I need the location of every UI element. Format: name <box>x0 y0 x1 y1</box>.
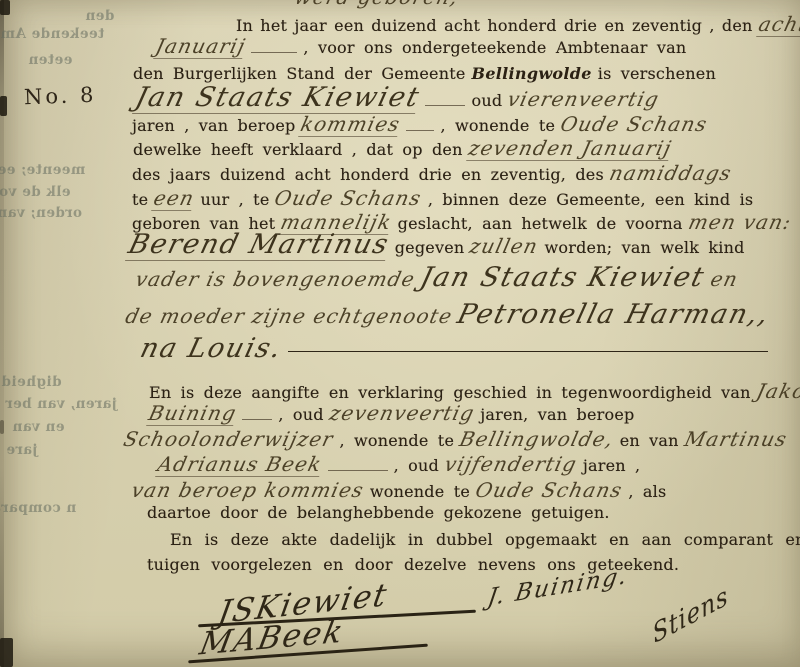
handwritten-text: vader is bovengenoemde <box>133 267 418 291</box>
blank-underline <box>251 38 297 53</box>
printed-text: Bellingwolde <box>472 64 592 83</box>
blank-underline <box>328 456 388 471</box>
printed-text: , oud <box>394 456 439 475</box>
printed-text: is verschenen <box>598 64 716 83</box>
printed-text: , wonende te <box>440 116 555 135</box>
printed-text: den Burgerlijken Stand der Gemeente <box>133 64 466 83</box>
handwritten-text: kommies <box>299 112 404 137</box>
doc-line: Jan Staats Kiewietoudvierenveertig <box>136 82 665 114</box>
ink-bleedthrough-text: den <box>85 8 114 24</box>
handwritten-text: en <box>708 267 741 291</box>
doc-line: daartoe door de belanghebbende gekozene … <box>147 503 616 522</box>
handwritten-text: Schoolonderwijzer <box>121 427 336 451</box>
printed-text: jaren , <box>583 456 641 475</box>
printed-text: , voor ons ondergeteekende Ambtenaar van <box>303 38 686 57</box>
handwritten-text: Jan Staats Kiewiet <box>417 262 708 293</box>
doc-line: En is deze akte dadelijk in dubbel opgem… <box>170 530 800 549</box>
doc-line: Januarij, voor ons ondergeteekende Ambte… <box>156 34 692 59</box>
printed-text: oud <box>471 91 502 110</box>
handwritten-text: zullen <box>468 234 542 258</box>
doc-line: werd geboren, <box>295 0 464 9</box>
ink-bleedthrough-text: orden; van welk k <box>0 205 82 221</box>
printed-text: In het jaar een duizend acht honderd dri… <box>236 16 753 35</box>
doc-line: van beroep kommieswonende teOude Schans,… <box>132 478 672 502</box>
handwritten-text: Adrianus Beek <box>155 452 324 477</box>
signature-registrar: Stiens <box>650 580 730 650</box>
printed-text: uur , te <box>200 190 269 209</box>
ink-bleedthrough-text: elk de voorna <box>0 184 71 200</box>
act-number: No. 8 <box>24 83 97 110</box>
handwritten-text: Buining <box>146 401 239 426</box>
handwritten-text: na Louis. <box>137 333 286 364</box>
handwritten-text: zevenden Januarij <box>466 136 674 161</box>
handwritten-text: een <box>151 186 197 211</box>
doc-line: teeenuur , teOude Schans, binnen deze Ge… <box>132 186 759 211</box>
doc-line: na Louis. <box>141 333 774 364</box>
handwritten-text: Oude Schans <box>473 478 625 502</box>
scan-artifact-mark <box>0 0 10 15</box>
handwritten-text: Bellingwolde, <box>457 427 616 451</box>
handwritten-text: Martinus <box>682 427 790 451</box>
printed-text: , oud <box>278 405 323 424</box>
scan-artifact-mark <box>0 96 7 116</box>
printed-text: gegeven <box>395 238 465 257</box>
handwritten-text: achtsten <box>756 12 800 37</box>
handwritten-text: Jan Staats Kiewiet <box>132 82 423 114</box>
printed-text: En is deze akte dadelijk in dubbel opgem… <box>170 530 800 549</box>
ink-bleedthrough-text: en van <box>12 419 65 435</box>
doc-line: dewelke heeft verklaard , dat op denzeve… <box>133 136 677 161</box>
doc-line: Berend Martinusgegevenzullenworden; van … <box>129 229 751 261</box>
scan-artifact-mark <box>0 638 13 667</box>
ink-bleedthrough-text: n comparant en <box>0 500 76 516</box>
printed-text: dewelke heeft verklaard , dat op den <box>133 140 463 159</box>
handwritten-text: Oude Schans <box>558 112 710 136</box>
handwritten-text: Oude Schans <box>273 186 425 210</box>
printed-text: jaren , van beroep <box>132 116 295 135</box>
handwritten-text: zevenveertig <box>327 401 477 425</box>
handwritten-text: van beroep kommies <box>129 478 366 502</box>
doc-line: Buining, oudzevenveertigjaren, van beroe… <box>149 401 640 426</box>
printed-text: te <box>132 190 148 209</box>
handwritten-text: Petronella Harman,, <box>455 299 774 330</box>
handwritten-text: de moeder zijne echtgenoote <box>123 304 455 328</box>
blank-underline <box>425 91 465 106</box>
handwritten-text: namiddags <box>607 161 734 185</box>
doc-line: Adrianus Beek, oudvijfendertigjaren , <box>158 452 646 477</box>
blank-underline <box>406 116 434 131</box>
printed-text: , wonende te <box>339 431 454 450</box>
doc-line: den Burgerlijken Stand der GemeenteBelli… <box>133 64 722 83</box>
doc-line: En is deze aangifte en verklaring geschi… <box>149 379 800 403</box>
printed-text: En is deze aangifte en verklaring geschi… <box>149 383 751 402</box>
blank-underline <box>242 405 272 420</box>
handwritten-text: Jakob <box>754 379 800 403</box>
fill-rule-line <box>288 351 768 352</box>
handwritten-text: Januarij <box>153 34 248 59</box>
printed-text: worden; van welk kind <box>545 238 745 257</box>
ink-bleedthrough-text: digheid van <box>0 374 62 390</box>
printed-text: wonende te <box>370 482 470 501</box>
printed-text: jaren, van beroep <box>480 405 634 424</box>
doc-line: des jaars duizend acht honderd drie en z… <box>132 161 737 185</box>
ink-bleedthrough-text: teekende Ambtenaar <box>0 26 104 42</box>
printed-text: daartoe door de belanghebbende gekozene … <box>147 503 610 522</box>
printed-text: des jaars duizend acht honderd drie en z… <box>132 165 604 184</box>
ink-bleedthrough-text: jare <box>6 442 37 458</box>
printed-text: , als <box>628 482 666 501</box>
handwritten-text: vijfendertig <box>442 452 579 476</box>
handwritten-text: Berend Martinus <box>125 229 393 261</box>
handwritten-text: werd geboren, <box>292 0 461 9</box>
printed-text: , binnen deze Gemeente, een kind is <box>428 190 754 209</box>
printed-text: en van <box>620 431 679 450</box>
ink-bleedthrough-text: meente; een kind <box>0 162 85 178</box>
handwritten-text: vierenveertig <box>505 87 662 111</box>
doc-line: vader is bovengenoemdeJan Staats Kiewiet… <box>136 262 744 293</box>
scan-artifact-mark <box>0 420 4 434</box>
doc-line: de moeder zijne echtgenootePetronella Ha… <box>126 299 776 330</box>
doc-line: Schoolonderwijzer, wonende teBellingwold… <box>124 427 793 451</box>
ink-bleedthrough-text: eeten <box>28 52 72 68</box>
ink-bleedthrough-text: jaren, van ber <box>5 396 117 412</box>
birth-certificate-page: No. 8 werd geboren,In het jaar een duize… <box>0 0 800 667</box>
doc-line: jaren , van beroepkommies, wonende teOud… <box>132 112 713 137</box>
